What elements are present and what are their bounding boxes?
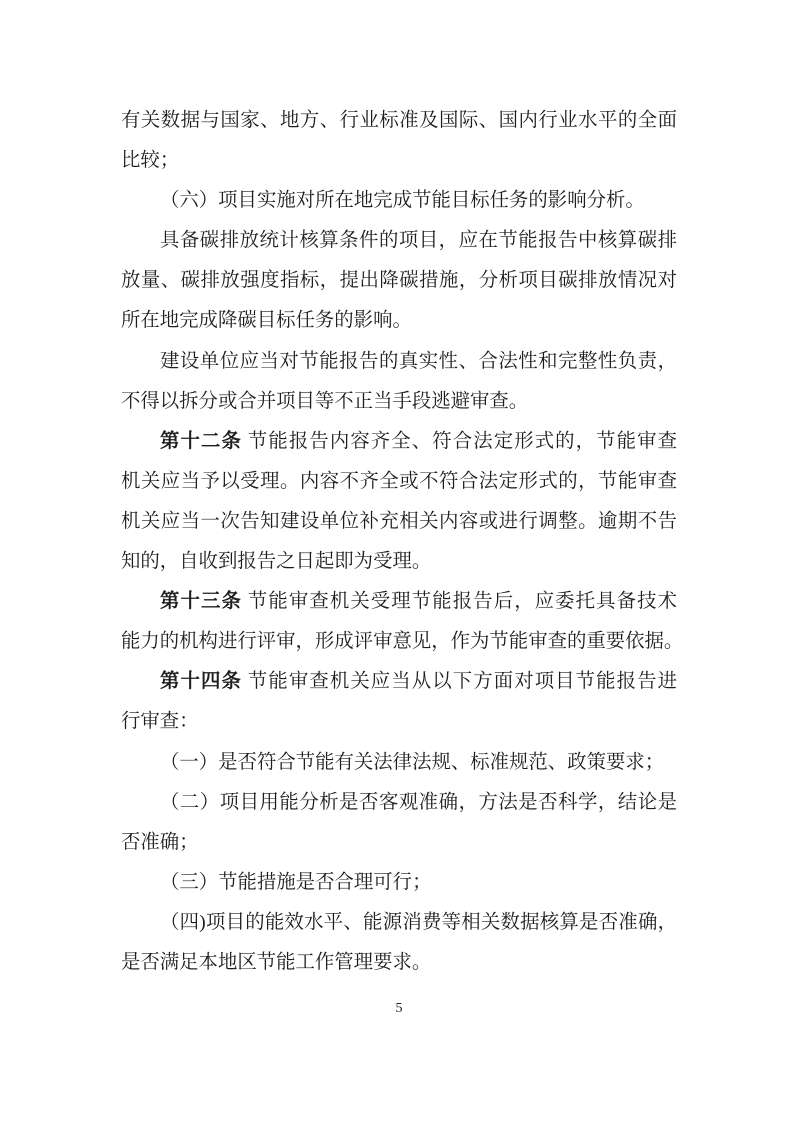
text-line: 比较； [121, 141, 677, 181]
text-column: 有关数据与国家、地方、行业标准及国际、国内行业水平的全面比较；（六）项目实施对所… [121, 101, 677, 983]
text-line: 放量、碳排放强度指标，提出降碳措施，分析项目碳排放情况对 [121, 261, 677, 301]
text-line: 否准确； [121, 823, 677, 863]
text-line: 行审查： [121, 702, 677, 742]
text-line: 所在地完成降碳目标任务的影响。 [121, 301, 677, 341]
document-page: 有关数据与国家、地方、行业标准及国际、国内行业水平的全面比较；（六）项目实施对所… [0, 0, 794, 1123]
article-number: 第十四条 [160, 671, 242, 692]
page-number: 5 [121, 999, 677, 1019]
text-line: （一）是否符合节能有关法律法规、标准规范、政策要求； [121, 743, 677, 783]
text-line: 机关应当予以受理。内容不齐全或不符合法定形式的，节能审查 [121, 462, 677, 502]
text-line: （三）节能措施是否合理可行； [121, 863, 677, 903]
text-line: 建设单位应当对节能报告的真实性、合法性和完整性负责， [121, 342, 677, 382]
text-line: （四)项目的能效水平、能源消费等相关数据核算是否准确， [121, 903, 677, 943]
text-line: 机关应当一次告知建设单位补充相关内容或进行调整。逾期不告 [121, 502, 677, 542]
text-line: 能力的机构进行评审，形成评审意见，作为节能审查的重要依据。 [121, 622, 677, 662]
text-line: 不得以拆分或合并项目等不正当手段逃避审查。 [121, 382, 677, 422]
article-number: 第十二条 [160, 431, 242, 452]
text-line: 知的，自收到报告之日起即为受理。 [121, 542, 677, 582]
text-line: （六）项目实施对所在地完成节能目标任务的影响分析。 [121, 181, 677, 221]
text-line: 第十四条 节能审查机关应当从以下方面对项目节能报告进 [121, 662, 677, 702]
text-line: 是否满足本地区节能工作管理要求。 [121, 943, 677, 983]
text-line: 有关数据与国家、地方、行业标准及国际、国内行业水平的全面 [121, 101, 677, 141]
article-number: 第十三条 [160, 591, 242, 612]
text-line: 第十三条 节能审查机关受理节能报告后，应委托具备技术 [121, 582, 677, 622]
text-line: 第十二条 节能报告内容齐全、符合法定形式的，节能审查 [121, 422, 677, 462]
text-line: （二）项目用能分析是否客观准确，方法是否科学，结论是 [121, 783, 677, 823]
text-line: 具备碳排放统计核算条件的项目，应在节能报告中核算碳排 [121, 221, 677, 261]
